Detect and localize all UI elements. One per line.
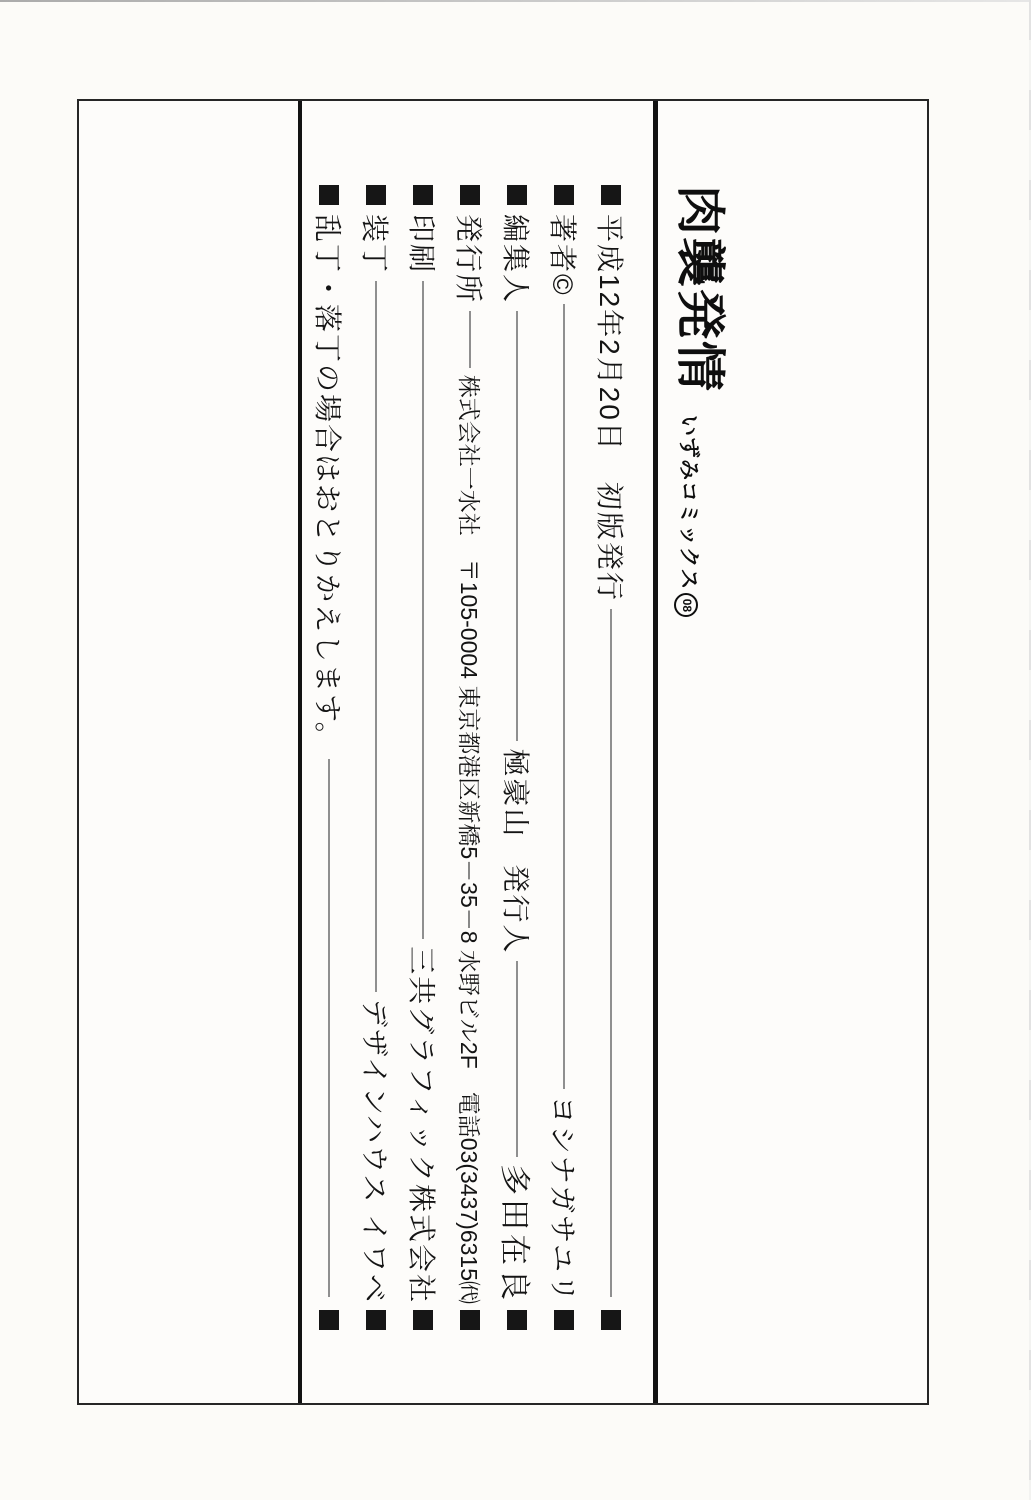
end-square-icon	[414, 1310, 434, 1330]
editor-name: 極豪山	[498, 748, 538, 838]
design-label: 装丁	[357, 214, 397, 274]
leader-rule	[470, 311, 472, 368]
issuer-label: 発行人	[498, 864, 538, 954]
printer-label: 印刷	[404, 214, 444, 274]
line-publication-date: 平成12年2月20日 初版発行	[588, 185, 635, 1330]
line-publisher: 発行所 株式会社一水社 〒105-0004 東京都港区新橋5－35－8 水野ビル…	[447, 185, 494, 1330]
scan-edge-artifact-top	[0, 0, 1031, 2]
leader-rule	[329, 759, 331, 1297]
end-square-icon	[508, 1310, 528, 1330]
title-divider-rule	[653, 101, 658, 1403]
author-name: ヨシナガサユリ	[545, 1096, 585, 1304]
publisher-address: 株式会社一水社 〒105-0004 東京都港区新橋5－35－8 水野ビル2F 電…	[454, 375, 487, 1304]
line-author: 著者© ヨシナガサユリ	[541, 185, 588, 1330]
leader-rule	[376, 281, 378, 992]
design-studio-name: デザインハウス イワベ	[357, 999, 397, 1304]
leader-rule	[517, 311, 519, 741]
scanned-colophon-page: 肉襲発情 いずみコミックス 08 平成12年2月20日 初版発行 著者© ヨシナ…	[0, 0, 1031, 1500]
leader-rule	[564, 304, 566, 1089]
bullet-square-icon	[461, 185, 481, 205]
line-editor-publisher-person: 編集人 極豪山 発行人 多田在良	[494, 185, 541, 1330]
colophon-lines: 平成12年2月20日 初版発行 著者© ヨシナガサユリ 編集人 極豪山 発行人 …	[302, 185, 651, 1330]
end-square-icon	[555, 1310, 575, 1330]
bullet-square-icon	[508, 185, 528, 205]
bullet-square-icon	[555, 185, 575, 205]
publisher-label: 発行所	[451, 214, 491, 304]
leader-rule	[517, 961, 519, 1157]
bullet-square-icon	[367, 185, 387, 205]
author-label: 著者©	[545, 214, 585, 297]
editor-label: 編集人	[498, 214, 538, 304]
line-design: 装丁 デザインハウス イワベ	[353, 185, 400, 1330]
line-defect-notice: 乱丁・落丁の場合はおとりかえします。	[306, 185, 353, 1330]
series-subtitle: いずみコミックス 08	[675, 415, 702, 617]
bullet-square-icon	[414, 185, 434, 205]
end-square-icon	[367, 1310, 387, 1330]
series-number-badge: 08	[674, 593, 698, 617]
end-square-icon	[320, 1310, 340, 1330]
end-square-icon	[602, 1310, 622, 1330]
leader-rule	[611, 609, 613, 1297]
defect-notice-label: 乱丁・落丁の場合はおとりかえします。	[310, 214, 350, 752]
book-title: 肉襲発情	[675, 185, 725, 393]
printer-name: 三共グラフィック株式会社	[404, 946, 444, 1304]
leader-rule	[423, 281, 425, 939]
issuer-name: 多田在良	[495, 1164, 540, 1304]
publication-date-label: 平成12年2月20日 初版発行	[592, 214, 632, 602]
colophon-sheet: 肉襲発情 いずみコミックス 08 平成12年2月20日 初版発行 著者© ヨシナ…	[77, 99, 929, 1405]
series-name: いずみコミックス	[678, 415, 699, 590]
bullet-square-icon	[320, 185, 340, 205]
line-printer: 印刷 三共グラフィック株式会社	[400, 185, 447, 1330]
end-square-icon	[461, 1310, 481, 1330]
title-block: 肉襲発情 いずみコミックス 08	[675, 185, 725, 617]
bullet-square-icon	[602, 185, 622, 205]
